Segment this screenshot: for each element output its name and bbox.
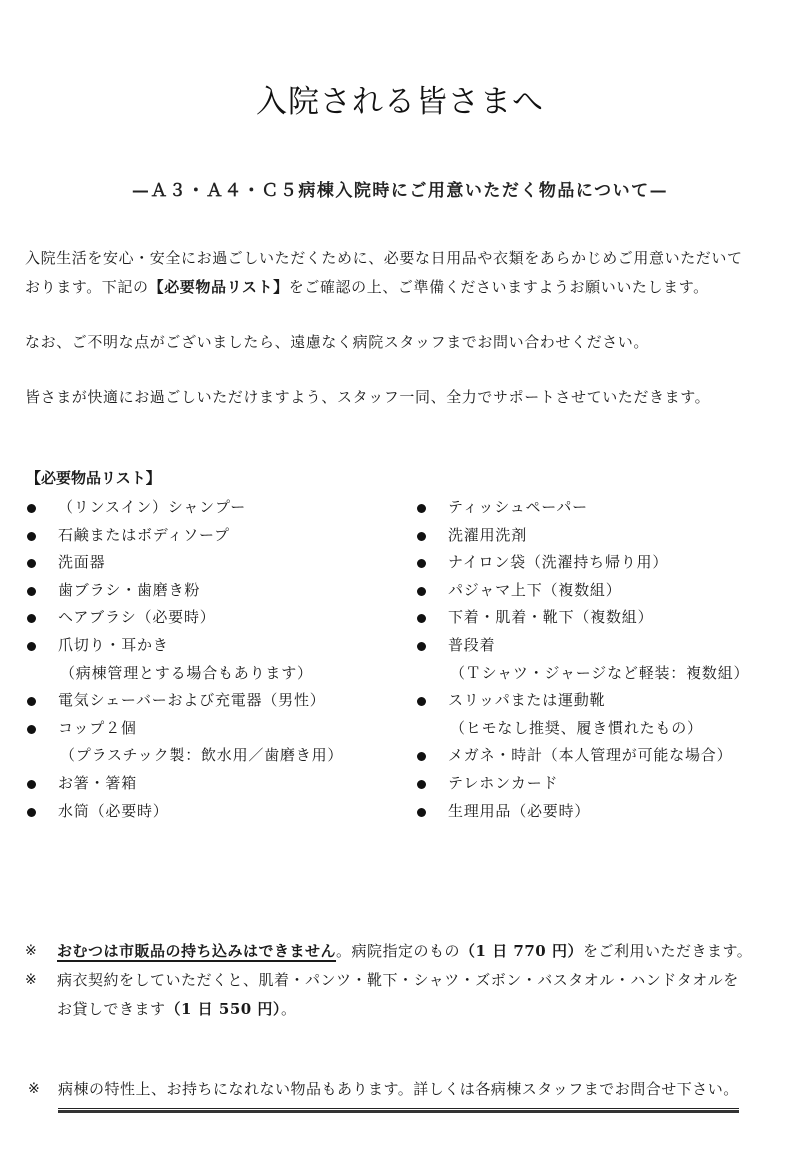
list-item: 石鹸またはボディソープ <box>25 522 405 550</box>
ward-restriction-text: 病棟の特性上、お持ちになれない物品もあります。詳しくは各病棟スタッフまでお問合せ… <box>58 1075 739 1109</box>
item-label: メガネ・時計（本人管理が可能な場合） <box>448 746 732 764</box>
gown-note-line-1: 病衣契約をしていただくと、肌着・パンツ・靴下・シャツ・ズボン・バスタオル・ハンド… <box>57 971 739 989</box>
item-label: コップ２個 <box>58 719 137 737</box>
list-item: 下着・肌着・靴下（複数組） <box>415 604 795 632</box>
bullet-icon <box>27 587 36 596</box>
bullet-icon <box>417 808 426 817</box>
list-item: ティッシュペーパー <box>415 494 795 522</box>
diaper-note-post: をご利用いただきます。 <box>583 942 752 960</box>
diaper-warning: おむつは市販品の持ち込みはできません <box>57 942 336 960</box>
notes-section: ※ おむつは市販品の持ち込みはできません。病院指定のもの（1 日 770 円）を… <box>25 937 785 1024</box>
ward-restriction-note: ※ 病棟の特性上、お持ちになれない物品もあります。詳しくは各病棟スタッフまでお問… <box>25 1075 785 1109</box>
bullet-icon <box>27 808 36 817</box>
list-item: ヘアブラシ（必要時） <box>25 604 405 632</box>
item-label: 石鹸またはボディソープ <box>58 526 230 544</box>
list-item: 生理用品（必要時） <box>415 798 795 826</box>
item-note: （プラスチック製：飲水用／歯磨き用） <box>58 742 405 770</box>
bullet-icon <box>27 697 36 706</box>
item-label: ティッシュペーパー <box>448 498 588 516</box>
intro-paragraph: 入院生活を安心・安全にお過ごしいただくために、必要な日用品や衣類をあらかじめご用… <box>25 244 785 302</box>
diaper-note-mid: 。病院指定のもの <box>336 942 460 960</box>
item-label: スリッパまたは運動靴 <box>448 691 605 709</box>
support-paragraph: 皆さまが快適にお過ごしいただけますよう、スタッフ一同、全力でサポートさせていただ… <box>25 383 785 412</box>
reference-mark-icon: ※ <box>28 1075 40 1104</box>
list-item: 水筒（必要時） <box>25 798 405 826</box>
bullet-icon <box>417 642 426 651</box>
list-item: 普段着（Ｔシャツ・ジャージなど軽装：複数組） <box>415 632 795 687</box>
list-item: スリッパまたは運動靴（ヒモなし推奨、履き慣れたもの） <box>415 687 795 742</box>
item-label: 洗面器 <box>58 553 105 571</box>
bullet-icon <box>417 559 426 568</box>
bullet-icon <box>27 642 36 651</box>
list-item: （リンスイン）シャンプー <box>25 494 405 522</box>
item-label: 下着・肌着・靴下（複数組） <box>448 608 653 626</box>
required-items-heading: 【必要物品リスト】 <box>26 467 161 488</box>
item-label: パジャマ上下（複数組） <box>448 581 622 599</box>
bullet-icon <box>27 725 36 734</box>
required-items-left-column: （リンスイン）シャンプー 石鹸またはボディソープ 洗面器 歯ブラシ・歯磨き粉 ヘ… <box>25 494 405 825</box>
list-item: コップ２個（プラスチック製：飲水用／歯磨き用） <box>25 715 405 770</box>
bullet-icon <box>27 504 36 513</box>
item-label: テレホンカード <box>448 774 558 792</box>
reference-mark-icon: ※ <box>25 937 37 966</box>
bullet-icon <box>27 780 36 789</box>
intro-line-1: 入院生活を安心・安全にお過ごしいただくために、必要な日用品や衣類をあらかじめご用… <box>25 249 743 267</box>
list-item: お箸・箸箱 <box>25 770 405 798</box>
item-label: お箸・箸箱 <box>58 774 137 792</box>
list-item: ナイロン袋（洗濯持ち帰り用） <box>415 549 795 577</box>
bullet-icon <box>417 504 426 513</box>
item-label: 電気シェーバーおよび充電器（男性） <box>58 691 326 709</box>
item-label: 爪切り・耳かき <box>58 636 169 654</box>
bullet-icon <box>417 614 426 623</box>
list-item: 電気シェーバーおよび充電器（男性） <box>25 687 405 715</box>
reference-mark-icon: ※ <box>25 966 37 995</box>
list-item: 爪切り・耳かき（病棟管理とする場合もあります） <box>25 632 405 687</box>
required-list-reference: 【必要物品リスト】 <box>149 278 289 296</box>
item-label: ヘアブラシ（必要時） <box>58 608 216 626</box>
inquiry-paragraph: なお、ご不明な点がございましたら、遠慮なく病院スタッフまでお問い合わせください。 <box>25 328 785 357</box>
item-label: 歯ブラシ・歯磨き粉 <box>58 581 200 599</box>
list-item: パジャマ上下（複数組） <box>415 577 795 605</box>
bullet-icon <box>417 697 426 706</box>
list-item: 歯ブラシ・歯磨き粉 <box>25 577 405 605</box>
item-label: 水筒（必要時） <box>58 802 169 820</box>
diaper-price: （1 日 770 円） <box>460 942 583 960</box>
item-label: 洗濯用洗剤 <box>448 526 527 544</box>
page-subtitle: —Ａ３・Ａ４・Ｃ５病棟入院時にご用意いただく物品について— <box>0 176 800 201</box>
gown-note-line-2-post: 。 <box>281 1000 297 1018</box>
intro-line-2-post: をご確認の上、ご準備くださいますようお願いいたします。 <box>289 278 709 296</box>
page-title: 入院される皆さまへ <box>0 76 800 121</box>
list-item: メガネ・時計（本人管理が可能な場合） <box>415 742 795 770</box>
item-note: （病棟管理とする場合もあります） <box>58 660 405 688</box>
bullet-icon <box>417 752 426 761</box>
bullet-icon <box>417 587 426 596</box>
bullet-icon <box>27 559 36 568</box>
required-items-right-column: ティッシュペーパー 洗濯用洗剤 ナイロン袋（洗濯持ち帰り用） パジャマ上下（複数… <box>415 494 795 825</box>
item-label: 普段着 <box>448 636 495 654</box>
bullet-icon <box>27 532 36 541</box>
item-note: （Ｔシャツ・ジャージなど軽装：複数組） <box>448 660 795 688</box>
bullet-icon <box>417 780 426 789</box>
bullet-icon <box>417 532 426 541</box>
item-label: 生理用品（必要時） <box>448 802 590 820</box>
gown-note-line-2-pre: お貸しできます <box>57 1000 166 1018</box>
diaper-note: ※ おむつは市販品の持ち込みはできません。病院指定のもの（1 日 770 円）を… <box>25 937 785 966</box>
gown-price: （1 日 550 円） <box>166 1000 281 1018</box>
item-label: ナイロン袋（洗濯持ち帰り用） <box>448 553 668 571</box>
bullet-icon <box>27 614 36 623</box>
list-item: テレホンカード <box>415 770 795 798</box>
intro-line-2-pre: おります。下記の <box>25 278 149 296</box>
gown-rental-note: ※ 病衣契約をしていただくと、肌着・パンツ・靴下・シャツ・ズボン・バスタオル・ハ… <box>25 966 785 1024</box>
item-note: （ヒモなし推奨、履き慣れたもの） <box>448 715 795 743</box>
list-item: 洗面器 <box>25 549 405 577</box>
item-label: （リンスイン）シャンプー <box>58 498 246 516</box>
list-item: 洗濯用洗剤 <box>415 522 795 550</box>
